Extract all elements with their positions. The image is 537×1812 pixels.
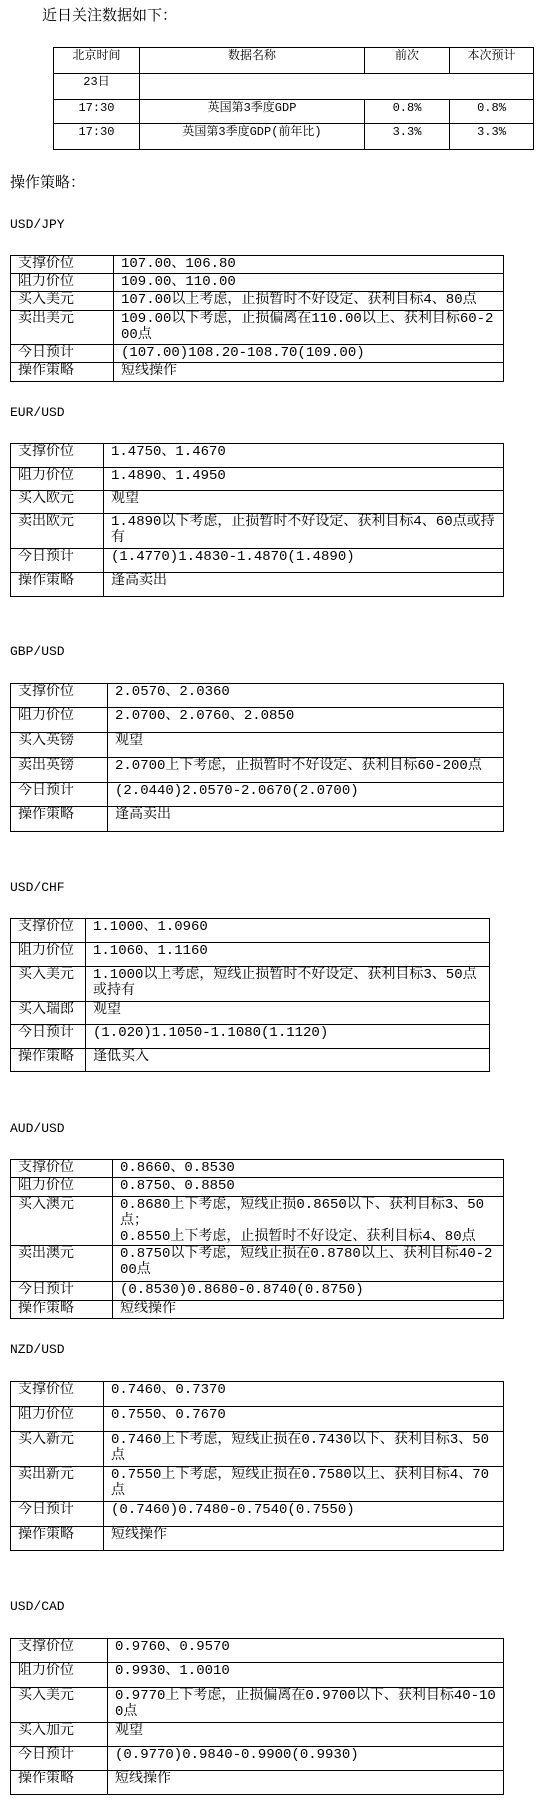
- row-value: 1.1000以上考虑，短线止损暂时不好设定、获利目标3、50点或持有: [86, 967, 490, 1002]
- row-label: 买入英镑: [11, 733, 108, 758]
- row-value: 0.8680上下考虑，短线止损0.8650以下、获利目标3、50点； 0.855…: [113, 1197, 504, 1246]
- event-forecast: 3.3%: [450, 124, 534, 150]
- daily-forecast-row: 今日预计(0.9770)0.9840-0.9900(0.9930): [11, 1747, 504, 1771]
- resistance-level-row: 阻力价位2.0700、2.0760、2.0850: [11, 708, 504, 733]
- calendar-header-previous: 前次: [365, 48, 450, 74]
- strategy-heading: 操作策略：: [10, 173, 85, 191]
- row-value: 1.1000、1.0960: [86, 919, 490, 943]
- row-value: 短线操作: [114, 363, 504, 382]
- event-previous: 0.8%: [365, 100, 450, 124]
- row-value: 0.8750以下考虑，短线止损在0.8780以上、获利目标40-200点: [113, 1246, 504, 1282]
- row-label: 阻力价位: [11, 943, 86, 967]
- resistance-level-row: 阻力价位1.1060、1.1160: [11, 943, 490, 967]
- strategy-row: 操作策略短线操作: [11, 1301, 504, 1319]
- strategy-table-aud-usd: 支撑价位0.8660、0.8530 阻力价位0.8750、0.8850 买入澳元…: [10, 1159, 504, 1319]
- support-level-row: 支撑价位1.4750、1.4670: [11, 444, 504, 468]
- row-label: 支撑价位: [11, 1639, 108, 1663]
- row-value: 0.7550、0.7670: [104, 1407, 504, 1432]
- sell-nzd-row: 卖出新元0.7550上下考虑，短线止损在0.7580以上、获利目标4、70点: [11, 1467, 504, 1502]
- economic-calendar-table: 北京时间 数据名称 前次 本次预计 23日 17:30 英国第3季度GDP 0.…: [53, 47, 534, 150]
- row-value: 0.7460、0.7370: [104, 1382, 504, 1407]
- row-label: 卖出美元: [11, 311, 114, 345]
- row-value: 逢低买入: [86, 1049, 490, 1072]
- row-value: 0.9760、0.9570: [108, 1639, 504, 1663]
- row-value: 0.7460上下考虑，短线止损在0.7430以下、获利目标3、50点: [104, 1432, 504, 1467]
- daily-forecast-row: 今日预计(2.0440)2.0570-2.0670(2.0700): [11, 783, 504, 807]
- row-value: 0.9770上下考虑，止损偏离在0.9700以下、获利目标40-100点: [108, 1688, 504, 1723]
- row-label: 支撑价位: [11, 1382, 104, 1407]
- row-label: 卖出欧元: [11, 514, 104, 549]
- row-value: 1.4750、1.4670: [104, 444, 504, 468]
- calendar-header-time: 北京时间: [54, 48, 140, 74]
- support-level-row: 支撑价位2.0570、2.0360: [11, 684, 504, 708]
- support-level-row: 支撑价位0.8660、0.8530: [11, 1160, 504, 1178]
- row-value: 107.00、106.80: [114, 256, 504, 274]
- row-label: 操作策略: [11, 807, 108, 832]
- pair-title-eur-usd: EUR/USD: [10, 405, 65, 421]
- resistance-level-row: 阻力价位1.4890、1.4950: [11, 468, 504, 491]
- calendar-date-row-blank: [140, 74, 534, 100]
- support-level-row: 支撑价位107.00、106.80: [11, 256, 504, 274]
- buy-chf-row: 买入瑞郎观望: [11, 1002, 490, 1025]
- row-label: 今日预计: [11, 1282, 113, 1301]
- row-label: 阻力价位: [11, 1663, 108, 1688]
- pair-title-usd-chf: USD/CHF: [10, 880, 65, 896]
- event-time: 17:30: [54, 100, 140, 124]
- strategy-table-nzd-usd: 支撑价位0.7460、0.7370 阻力价位0.7550、0.7670 买入新元…: [10, 1381, 504, 1551]
- support-level-row: 支撑价位0.9760、0.9570: [11, 1639, 504, 1663]
- calendar-header-name: 数据名称: [140, 48, 365, 74]
- pair-title-gbp-usd: GBP/USD: [10, 644, 65, 660]
- row-value: (107.00)108.20-108.70(109.00): [114, 345, 504, 363]
- row-value: 短线操作: [108, 1771, 504, 1795]
- row-label: 卖出英镑: [11, 758, 108, 783]
- row-label: 买入美元: [11, 292, 114, 311]
- row-value: (2.0440)2.0570-2.0670(2.0700): [108, 783, 504, 807]
- strategy-table-usd-cad: 支撑价位0.9760、0.9570 阻力价位0.9930、1.0010 买入美元…: [10, 1638, 504, 1795]
- row-value: 109.00、110.00: [114, 274, 504, 292]
- buy-eur-row: 买入欧元观望: [11, 491, 504, 514]
- row-value: 1.4890、1.4950: [104, 468, 504, 491]
- row-label: 卖出新元: [11, 1467, 104, 1502]
- pair-title-usd-jpy: USD/JPY: [10, 217, 65, 233]
- row-label: 卖出澳元: [11, 1246, 113, 1282]
- row-value: 短线操作: [113, 1301, 504, 1319]
- row-label: 今日预计: [11, 783, 108, 807]
- row-value: 0.8660、0.8530: [113, 1160, 504, 1178]
- row-label: 操作策略: [11, 1049, 86, 1072]
- strategy-table-usd-jpy: 支撑价位107.00、106.80 阻力价位109.00、110.00 买入美元…: [10, 255, 504, 382]
- calendar-event-row: 17:30 英国第3季度GDP 0.8% 0.8%: [54, 100, 534, 124]
- row-value: 逢高卖出: [108, 807, 504, 832]
- row-label: 买入新元: [11, 1432, 104, 1467]
- buy-nzd-row: 买入新元0.7460上下考虑，短线止损在0.7430以下、获利目标3、50点: [11, 1432, 504, 1467]
- calendar-date-row: 23日: [54, 74, 534, 100]
- row-label: 买入美元: [11, 1688, 108, 1723]
- sell-aud-row: 卖出澳元0.8750以下考虑，短线止损在0.8780以上、获利目标40-200点: [11, 1246, 504, 1282]
- row-label: 支撑价位: [11, 919, 86, 943]
- support-level-row: 支撑价位1.1000、1.0960: [11, 919, 490, 943]
- row-label: 阻力价位: [11, 274, 114, 292]
- row-label: 操作策略: [11, 1527, 104, 1551]
- row-value: 逢高卖出: [104, 573, 504, 597]
- strategy-row: 操作策略逢高卖出: [11, 573, 504, 597]
- row-value: 109.00以下考虑，止损偏离在110.00以上、获利目标60-200点: [114, 311, 504, 345]
- strategy-table-gbp-usd: 支撑价位2.0570、2.0360 阻力价位2.0700、2.0760、2.08…: [10, 683, 504, 832]
- row-value: (0.7460)0.7480-0.7540(0.7550): [104, 1502, 504, 1527]
- strategy-row: 操作策略逢低买入: [11, 1049, 490, 1072]
- strategy-row: 操作策略短线操作: [11, 1527, 504, 1551]
- row-label: 操作策略: [11, 363, 114, 382]
- row-label: 支撑价位: [11, 256, 114, 274]
- daily-forecast-row: 今日预计(1.4770)1.4830-1.4870(1.4890): [11, 549, 504, 573]
- row-label: 支撑价位: [11, 684, 108, 708]
- row-label: 今日预计: [11, 345, 114, 363]
- row-value: 观望: [108, 1723, 504, 1747]
- buy-cad-row: 买入加元观望: [11, 1723, 504, 1747]
- event-name: 英国第3季度GDP(前年比): [140, 124, 365, 150]
- event-previous: 3.3%: [365, 124, 450, 150]
- row-value: 2.0700上下考虑，止损暂时不好设定、获利目标60-200点: [108, 758, 504, 783]
- sell-usd-row: 卖出美元109.00以下考虑，止损偏离在110.00以上、获利目标60-200点: [11, 311, 504, 345]
- strategy-row: 操作策略逢高卖出: [11, 807, 504, 832]
- row-label: 今日预计: [11, 1502, 104, 1527]
- row-label: 今日预计: [11, 1025, 86, 1049]
- row-value: 1.4890以下考虑，止损暂时不好设定、获利目标4、60点或持有: [104, 514, 504, 549]
- calendar-header-row: 北京时间 数据名称 前次 本次预计: [54, 48, 534, 74]
- buy-gbp-row: 买入英镑观望: [11, 733, 504, 758]
- row-value: 观望: [86, 1002, 490, 1025]
- pair-title-usd-cad: USD/CAD: [10, 1599, 65, 1615]
- buy-aud-row: 买入澳元0.8680上下考虑，短线止损0.8650以下、获利目标3、50点； 0…: [11, 1197, 504, 1246]
- row-value: 107.00以上考虑，止损暂时不好设定、获利目标4、80点: [114, 292, 504, 311]
- resistance-level-row: 阻力价位0.7550、0.7670: [11, 1407, 504, 1432]
- event-time: 17:30: [54, 124, 140, 150]
- daily-forecast-row: 今日预计(1.020)1.1050-1.1080(1.1120): [11, 1025, 490, 1049]
- row-label: 阻力价位: [11, 1407, 104, 1432]
- sell-gbp-row: 卖出英镑2.0700上下考虑，止损暂时不好设定、获利目标60-200点: [11, 758, 504, 783]
- event-name: 英国第3季度GDP: [140, 100, 365, 124]
- row-label: 阻力价位: [11, 708, 108, 733]
- row-label: 今日预计: [11, 549, 104, 573]
- row-value: 观望: [108, 733, 504, 758]
- daily-forecast-row: 今日预计(107.00)108.20-108.70(109.00): [11, 345, 504, 363]
- row-value: (1.020)1.1050-1.1080(1.1120): [86, 1025, 490, 1049]
- support-level-row: 支撑价位0.7460、0.7370: [11, 1382, 504, 1407]
- row-value: 观望: [104, 491, 504, 514]
- strategy-table-eur-usd: 支撑价位1.4750、1.4670 阻力价位1.4890、1.4950 买入欧元…: [10, 443, 504, 597]
- row-value: (1.4770)1.4830-1.4870(1.4890): [104, 549, 504, 573]
- row-value: 0.8750、0.8850: [113, 1178, 504, 1197]
- row-label: 操作策略: [11, 1301, 113, 1319]
- row-value: 1.1060、1.1160: [86, 943, 490, 967]
- row-label: 操作策略: [11, 1771, 108, 1795]
- strategy-row: 操作策略短线操作: [11, 1771, 504, 1795]
- row-label: 今日预计: [11, 1747, 108, 1771]
- calendar-date-label: 23日: [54, 74, 140, 100]
- buy-usd-row: 买入美元0.9770上下考虑，止损偏离在0.9700以下、获利目标40-100点: [11, 1688, 504, 1723]
- row-value: 短线操作: [104, 1527, 504, 1551]
- buy-usd-row: 买入美元107.00以上考虑，止损暂时不好设定、获利目标4、80点: [11, 292, 504, 311]
- event-forecast: 0.8%: [450, 100, 534, 124]
- row-label: 阻力价位: [11, 468, 104, 491]
- row-value: 0.7550上下考虑，短线止损在0.7580以上、获利目标4、70点: [104, 1467, 504, 1502]
- row-label: 阻力价位: [11, 1178, 113, 1197]
- daily-forecast-row: 今日预计(0.7460)0.7480-0.7540(0.7550): [11, 1502, 504, 1527]
- row-label: 操作策略: [11, 573, 104, 597]
- resistance-level-row: 阻力价位0.8750、0.8850: [11, 1178, 504, 1197]
- row-label: 买入瑞郎: [11, 1002, 86, 1025]
- row-label: 买入美元: [11, 967, 86, 1002]
- row-label: 支撑价位: [11, 1160, 113, 1178]
- sell-eur-row: 卖出欧元1.4890以下考虑，止损暂时不好设定、获利目标4、60点或持有: [11, 514, 504, 549]
- resistance-level-row: 阻力价位109.00、110.00: [11, 274, 504, 292]
- row-label: 支撑价位: [11, 444, 104, 468]
- strategy-row: 操作策略短线操作: [11, 363, 504, 382]
- row-value: 2.0700、2.0760、2.0850: [108, 708, 504, 733]
- pair-title-nzd-usd: NZD/USD: [10, 1342, 65, 1358]
- row-label: 买入加元: [11, 1723, 108, 1747]
- row-value: 2.0570、2.0360: [108, 684, 504, 708]
- buy-usd-row: 买入美元1.1000以上考虑，短线止损暂时不好设定、获利目标3、50点或持有: [11, 967, 490, 1002]
- row-label: 买入欧元: [11, 491, 104, 514]
- strategy-table-usd-chf: 支撑价位1.1000、1.0960 阻力价位1.1060、1.1160 买入美元…: [10, 918, 490, 1072]
- resistance-level-row: 阻力价位0.9930、1.0010: [11, 1663, 504, 1688]
- row-value: (0.8530)0.8680-0.8740(0.8750): [113, 1282, 504, 1301]
- intro-heading: 近日关注数据如下：: [42, 6, 177, 24]
- row-label: 买入澳元: [11, 1197, 113, 1246]
- calendar-event-row: 17:30 英国第3季度GDP(前年比) 3.3% 3.3%: [54, 124, 534, 150]
- pair-title-aud-usd: AUD/USD: [10, 1121, 65, 1137]
- row-value: (0.9770)0.9840-0.9900(0.9930): [108, 1747, 504, 1771]
- daily-forecast-row: 今日预计(0.8530)0.8680-0.8740(0.8750): [11, 1282, 504, 1301]
- row-value: 0.9930、1.0010: [108, 1663, 504, 1688]
- calendar-header-forecast: 本次预计: [450, 48, 534, 74]
